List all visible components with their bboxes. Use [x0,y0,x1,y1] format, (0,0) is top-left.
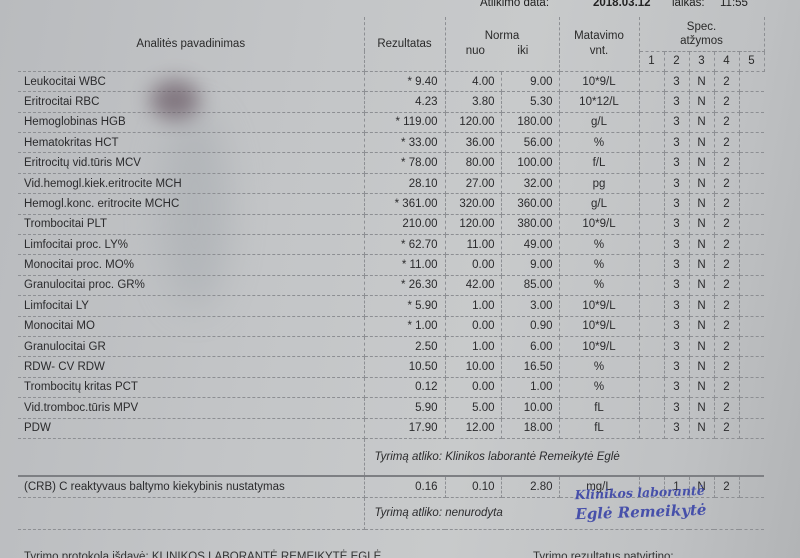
spec-mark-5 [739,153,764,173]
spec-mark-5 [739,214,764,234]
norm-to: 85.00 [501,275,559,295]
norm-to: 16.50 [501,357,559,377]
spec-mark-1 [639,336,664,356]
spec-mark-5 [739,235,764,255]
spec-col-1: 1 [639,51,664,71]
analyte-name: RDW- CV RDW [18,357,364,377]
norm-to: 380.00 [501,214,559,234]
issued-by: Tyrimo protokolą išdavė: KLINIKOS LABORA… [24,551,381,558]
result-row: Monocitai MO* 1.000.000.9010*9/L3N2 [18,316,764,336]
norm-to: 5.30 [501,92,559,112]
spec-mark-4: 2 [714,336,739,356]
spec-mark-5 [739,418,764,438]
unit: % [559,133,639,153]
spec-mark-4: 2 [714,296,739,316]
spec-mark-1 [639,296,664,316]
unit: % [559,357,639,377]
spec-mark-2: 3 [664,418,689,438]
norm-from: 1.00 [445,296,501,316]
result-row: Monocitai proc. MO%* 11.000.009.00%3N2 [18,255,764,275]
unit: fL [559,398,639,418]
spec-mark-4: 2 [714,133,739,153]
analyte-name: Hematokritas HCT [18,133,364,153]
result-value: 10.50 [364,357,445,377]
norm-to: 18.00 [501,418,559,438]
analyte-name: Granulocitai GR [18,336,364,356]
analyte-name: PDW [18,418,364,438]
result-row: Limfocitai proc. LY%* 62.7011.0049.00%3N… [18,235,764,255]
unit: % [559,255,639,275]
spec-mark-3: N [689,235,714,255]
norm-to: 6.00 [501,336,559,356]
unit: f/L [559,153,639,173]
crb-result: 0.16 [364,476,445,497]
result-row: Granulocitai proc. GR%* 26.3042.0085.00%… [18,275,764,295]
spec-mark-1 [639,71,664,91]
result-row: Trombocitai PLT210.00120.00380.0010*9/L3… [18,214,764,234]
spec-mark-2: 3 [664,357,689,377]
norm-to: 100.00 [501,153,559,173]
spec-mark-5 [739,112,764,132]
result-value: * 26.30 [364,275,445,295]
norm-to: 9.00 [501,255,559,275]
norm-from: 10.00 [445,357,501,377]
result-value: * 1.00 [364,316,445,336]
spec-mark-3: N [689,398,714,418]
spec-mark-2: 3 [664,275,689,295]
spec-mark-2: 3 [664,71,689,91]
analyte-name: Trombocitų kritas PCT [18,377,364,397]
norm-from: 5.00 [445,398,501,418]
unit-label-line2: vnt. [560,44,639,59]
result-value: * 62.70 [364,235,445,255]
result-value: 2.50 [364,336,445,356]
confirmed-by: Tyrimo rezultatus patvirtino: [533,551,674,558]
crb-norm-from: 0.10 [445,476,501,497]
norm-from: 11.00 [445,235,501,255]
header-row-1: Analitės pavadinimas Rezultatas Norma nu… [18,17,764,51]
spec-mark-5 [739,255,764,275]
spec-mark-5 [739,296,764,316]
spec-mark-3: N [689,336,714,356]
result-value: * 11.00 [364,255,445,275]
norm-to: 1.00 [501,377,559,397]
spec-mark-4: 2 [714,255,739,275]
norm-to: 180.00 [501,112,559,132]
spec-mark-1 [639,235,664,255]
performed-by-note-1: Tyrimą atliko: Klinikos laborantė Remeik… [364,438,764,476]
analyte-name: Monocitai proc. MO% [18,255,364,275]
norm-from: 0.00 [445,255,501,275]
result-value: 4.23 [364,92,445,112]
norm-label: Norma [446,29,559,44]
analyte-name: Granulocitai proc. GR% [18,275,364,295]
spec-mark-2: 3 [664,255,689,275]
spec-label-line1: Spec. [640,20,764,34]
spec-mark-1 [639,255,664,275]
norm-from: 1.00 [445,336,501,356]
time-label: laikas: [672,0,705,9]
unit: pg [559,173,639,193]
unit: % [559,377,639,397]
norm-to: 3.00 [501,296,559,316]
result-value: 0.12 [364,377,445,397]
unit: 10*9/L [559,296,639,316]
spec-mark-2: 3 [664,92,689,112]
result-row: Eritrocitų vid.tūris MCV* 78.0080.00100.… [18,153,764,173]
spec-mark-5 [739,133,764,153]
spec-mark-4: 2 [714,357,739,377]
spec-mark-4: 2 [714,377,739,397]
norm-to: 0.90 [501,316,559,336]
results-body: Leukocitai WBC* 9.404.009.0010*9/L3N2Eri… [18,71,764,438]
analyte-name: Vid.hemogl.kiek.eritrocite MCH [18,173,364,193]
spec-mark-3: N [689,92,714,112]
spec-mark-2: 3 [664,194,689,214]
analyte-name: Trombocitai PLT [18,214,364,234]
spec-mark-4: 2 [714,275,739,295]
crb-mark-5 [739,476,764,497]
result-value: * 9.40 [364,71,445,91]
spec-mark-2: 3 [664,377,689,397]
unit: % [559,275,639,295]
norm-from: 120.00 [445,214,501,234]
spec-mark-3: N [689,255,714,275]
unit: % [559,235,639,255]
spec-mark-3: N [689,112,714,132]
result-row: Trombocitų kritas PCT0.120.001.00%3N2 [18,377,764,397]
spec-label-line2: atžymos [640,34,764,48]
spec-mark-2: 3 [664,296,689,316]
norm-from: 4.00 [445,71,501,91]
result-value: 5.90 [364,398,445,418]
result-value: * 119.00 [364,112,445,132]
spec-mark-3: N [689,357,714,377]
spec-mark-1 [639,112,664,132]
norm-to: 10.00 [501,398,559,418]
spec-mark-2: 3 [664,173,689,193]
spec-mark-1 [639,398,664,418]
spec-col-4: 4 [714,51,739,71]
spec-col-3: 3 [689,51,714,71]
spec-mark-5 [739,194,764,214]
spec-mark-2: 3 [664,112,689,132]
result-value: * 5.90 [364,296,445,316]
stamp-title: Klinikos laborantė [574,483,706,503]
spec-mark-4: 2 [714,235,739,255]
spec-mark-2: 3 [664,235,689,255]
spec-mark-1 [639,153,664,173]
spec-mark-5 [739,71,764,91]
spec-mark-3: N [689,418,714,438]
col-header-spec: Spec. atžymos [639,17,764,51]
spec-mark-2: 3 [664,316,689,336]
result-value: 28.10 [364,173,445,193]
spec-mark-2: 3 [664,153,689,173]
spec-col-2: 2 [664,51,689,71]
result-row: Hemoglobinas HGB* 119.00120.00180.00g/L3… [18,112,764,132]
spec-mark-4: 2 [714,112,739,132]
spec-col-5: 5 [739,51,764,71]
norm-from: 80.00 [445,153,501,173]
result-row: Hemogl.konc. eritrocite MCHC* 361.00320.… [18,194,764,214]
result-value: * 361.00 [364,194,445,214]
spec-mark-1 [639,214,664,234]
col-header-norm: Norma nuo iki [445,17,559,71]
col-header-result: Rezultatas [364,17,445,71]
analyte-name: Vid.tromboc.tūris MPV [18,398,364,418]
norm-from: 12.00 [445,418,501,438]
norm-from-label: nuo [466,44,485,59]
spec-mark-3: N [689,316,714,336]
norm-to: 9.00 [501,71,559,91]
crb-mark-4: 2 [714,476,739,497]
spec-mark-3: N [689,133,714,153]
spec-mark-5 [739,398,764,418]
spec-mark-4: 2 [714,173,739,193]
result-row: PDW17.9012.0018.00fL3N2 [18,418,764,438]
date-label: Atlikimo data: [480,0,549,9]
spec-mark-4: 2 [714,153,739,173]
spec-mark-3: N [689,153,714,173]
spec-mark-5 [739,92,764,112]
result-row: Limfocitai LY* 5.901.003.0010*9/L3N2 [18,296,764,316]
result-value: 17.90 [364,418,445,438]
unit: 10*9/L [559,71,639,91]
analyte-name: Limfocitai LY [18,296,364,316]
norm-from: 36.00 [445,133,501,153]
norm-to: 32.00 [501,173,559,193]
result-row: Hematokritas HCT* 33.0036.0056.00%3N2 [18,133,764,153]
signature-stamp: Klinikos laborantė Eglė Remeikytė [574,483,706,524]
analyte-name: Eritrocitų vid.tūris MCV [18,153,364,173]
result-row: Granulocitai GR2.501.006.0010*9/L3N2 [18,336,764,356]
spec-mark-2: 3 [664,214,689,234]
time-value: 11:55 [720,0,748,9]
unit: 10*9/L [559,316,639,336]
result-row: Vid.hemogl.kiek.eritrocite MCH28.1027.00… [18,173,764,193]
spec-mark-2: 3 [664,398,689,418]
spec-mark-5 [739,357,764,377]
spec-mark-2: 3 [664,133,689,153]
spec-mark-1 [639,133,664,153]
norm-to-label: iki [517,44,528,59]
analyte-name: Hemogl.konc. eritrocite MCHC [18,194,364,214]
spec-mark-4: 2 [714,316,739,336]
unit: 10*12/L [559,92,639,112]
spec-mark-4: 2 [714,71,739,91]
spec-mark-5 [739,275,764,295]
spec-mark-3: N [689,173,714,193]
spec-mark-4: 2 [714,398,739,418]
col-header-name: Analitės pavadinimas [18,17,364,71]
date-value: 2018.03.12 [593,0,651,9]
spec-mark-3: N [689,214,714,234]
spec-mark-3: N [689,275,714,295]
lab-results-table: Analitės pavadinimas Rezultatas Norma nu… [18,17,765,530]
norm-from: 3.80 [445,92,501,112]
analyte-name: Limfocitai proc. LY% [18,235,364,255]
spec-mark-1 [639,316,664,336]
unit-label-line1: Matavimo [560,29,639,44]
norm-to: 56.00 [501,133,559,153]
spec-mark-5 [739,377,764,397]
norm-from: 0.00 [445,377,501,397]
spec-mark-1 [639,275,664,295]
analyte-name: Monocitai MO [18,316,364,336]
photo-smudge [150,80,200,120]
unit: 10*9/L [559,336,639,356]
result-row: Leukocitai WBC* 9.404.009.0010*9/L3N2 [18,71,764,91]
crb-name: (CRB) C reaktyvaus baltymo kiekybinis nu… [18,476,364,497]
norm-from: 0.00 [445,316,501,336]
norm-from: 27.00 [445,173,501,193]
col-header-unit: Matavimo vnt. [559,17,639,71]
spec-mark-3: N [689,296,714,316]
performed-by-row-1: Tyrimą atliko: Klinikos laborantė Remeik… [18,438,764,476]
spec-mark-4: 2 [714,92,739,112]
spec-mark-1 [639,173,664,193]
norm-to: 49.00 [501,235,559,255]
result-row: Eritrocitai RBC4.233.805.3010*12/L3N2 [18,92,764,112]
result-value: * 33.00 [364,133,445,153]
spec-mark-1 [639,377,664,397]
spec-mark-4: 2 [714,418,739,438]
spec-mark-1 [639,194,664,214]
spec-mark-5 [739,173,764,193]
spec-mark-5 [739,316,764,336]
spec-mark-3: N [689,194,714,214]
norm-from: 120.00 [445,112,501,132]
spec-mark-1 [639,357,664,377]
unit: g/L [559,112,639,132]
result-row: RDW- CV RDW10.5010.0016.50%3N2 [18,357,764,377]
spec-mark-2: 3 [664,336,689,356]
spec-mark-3: N [689,377,714,397]
unit: 10*9/L [559,214,639,234]
norm-from: 320.00 [445,194,501,214]
result-value: 210.00 [364,214,445,234]
spec-mark-1 [639,92,664,112]
norm-from: 42.00 [445,275,501,295]
spec-mark-4: 2 [714,194,739,214]
result-row: Vid.tromboc.tūris MPV5.905.0010.00fL3N2 [18,398,764,418]
norm-to: 360.00 [501,194,559,214]
spec-mark-1 [639,418,664,438]
spec-mark-3: N [689,71,714,91]
spec-mark-5 [739,336,764,356]
unit: g/L [559,194,639,214]
result-value: * 78.00 [364,153,445,173]
spec-mark-4: 2 [714,214,739,234]
crb-norm-to: 2.80 [501,476,559,497]
unit: fL [559,418,639,438]
